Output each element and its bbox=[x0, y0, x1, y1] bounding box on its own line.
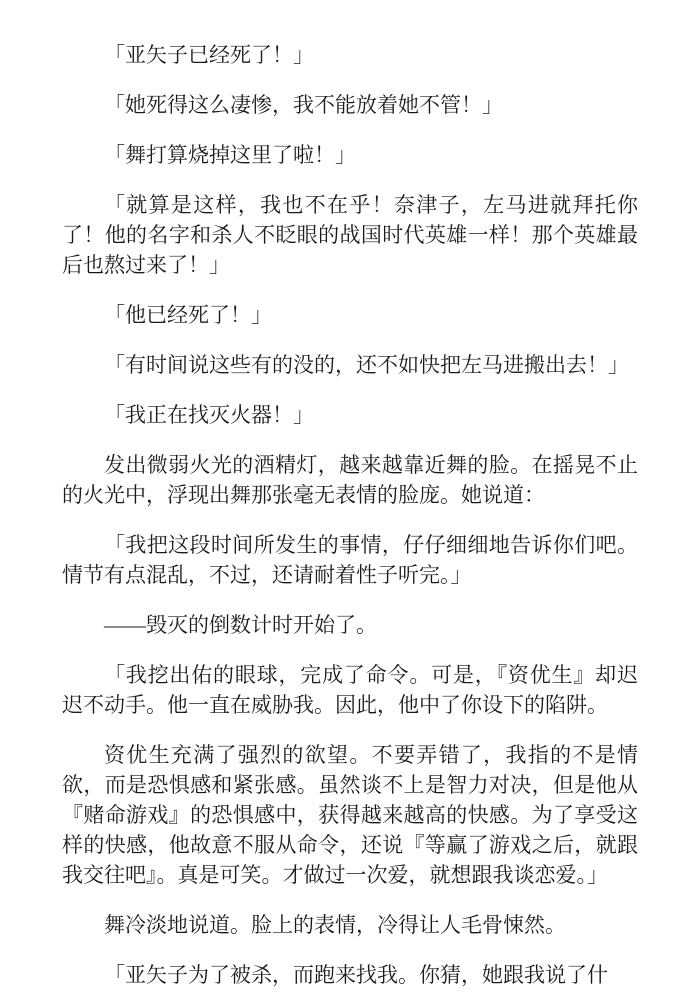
paragraph: ——毁灭的倒数计时开始了。 bbox=[62, 610, 638, 640]
paragraph: 「她死得这么凄惨，我不能放着她不管！」 bbox=[62, 90, 638, 120]
novel-text-body: 「亚矢子已经死了！」「她死得这么凄惨，我不能放着她不管！」「舞打算烧掉这里了啦！… bbox=[62, 40, 638, 990]
paragraph: 「我正在找灭火器！」 bbox=[62, 400, 638, 430]
paragraph: 「亚矢子已经死了！」 bbox=[62, 40, 638, 70]
paragraph: 「舞打算烧掉这里了啦！」 bbox=[62, 140, 638, 170]
paragraph: 「他已经死了！」 bbox=[62, 300, 638, 330]
paragraph: 「有时间说这些有的没的，还不如快把左马进搬出去！」 bbox=[62, 350, 638, 380]
paragraph: 「亚矢子为了被杀，而跑来找我。你猜，她跟我说了什 bbox=[62, 960, 638, 990]
paragraph: 「就算是这样，我也不在乎！奈津子，左马进就拜托你了！他的名字和杀人不眨眼的战国时… bbox=[62, 190, 638, 280]
paragraph: 发出微弱火光的酒精灯，越来越靠近舞的脸。在摇晃不止的火光中，浮现出舞那张毫无表情… bbox=[62, 450, 638, 510]
paragraph: 资优生充满了强烈的欲望。不要弄错了，我指的不是情欲，而是恐惧感和紧张感。虽然谈不… bbox=[62, 740, 638, 890]
document-page: 「亚矢子已经死了！」「她死得这么凄惨，我不能放着她不管！」「舞打算烧掉这里了啦！… bbox=[0, 0, 700, 992]
paragraph: 舞冷淡地说道。脸上的表情，冷得让人毛骨悚然。 bbox=[62, 910, 638, 940]
paragraph: 「我挖出佑的眼球，完成了命令。可是，『资优生』却迟迟不动手。他一直在威胁我。因此… bbox=[62, 660, 638, 720]
paragraph: 「我把这段时间所发生的事情，仔仔细细地告诉你们吧。情节有点混乱，不过，还请耐着性… bbox=[62, 530, 638, 590]
